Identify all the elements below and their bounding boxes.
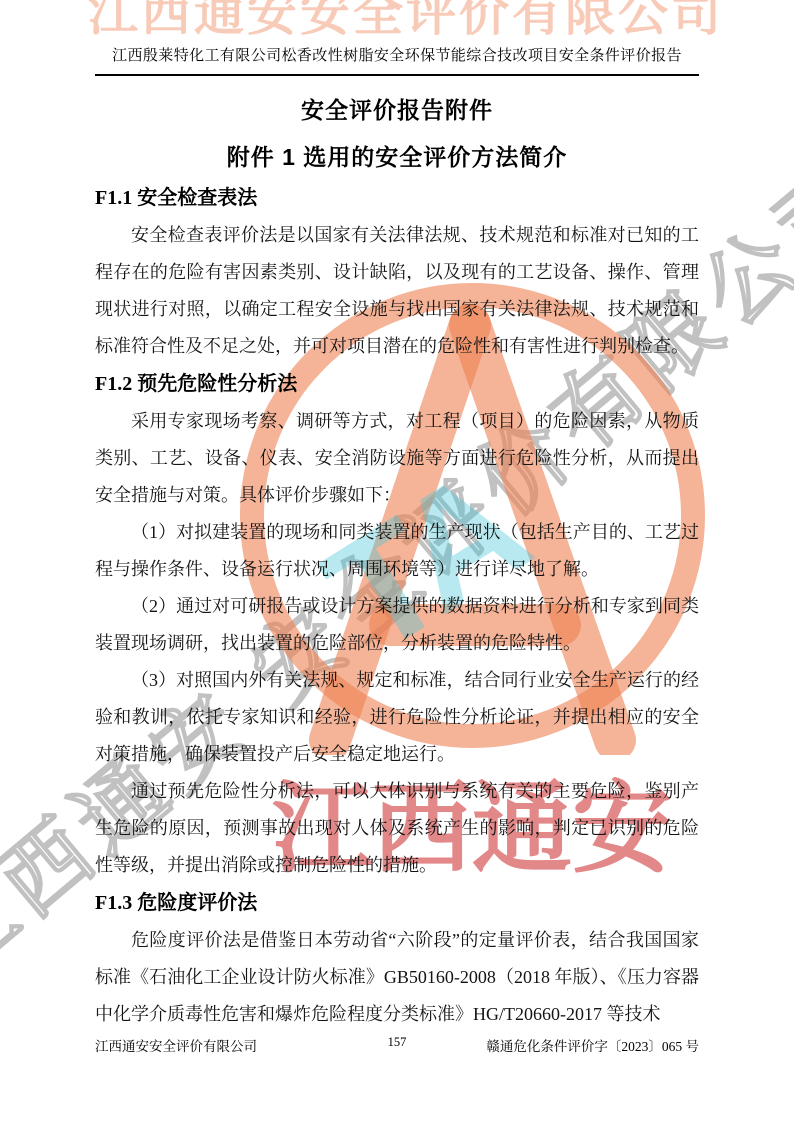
document-page: 江西通安安全评价有限公司 江西通安安全评价有限公司 TA 江西通安 江西殷莱特化… [0,0,794,1123]
paragraph: （2）通过对可研报告或设计方案提供的数据资料进行分析和专家到同类装置现场调研，找… [95,588,699,662]
document-subtitle: 附件 1 选用的安全评价方法简介 [95,139,699,172]
paragraph: 通过预先危险性分析法，可以大体识别与系统有关的主要危险，鉴别产生危险的原因，预测… [95,773,699,884]
paragraph: 危险度评价法是借鉴日本劳动省“六阶段”的定量评价表，结合我国国家标准《石油化工企… [95,922,699,1033]
watermark-top-strip: 江西通安安全评价有限公司 [88,0,724,45]
section-heading-f1-3: F1.3 危险度评价法 [95,884,699,922]
paragraph: （1）对拟建装置的现场和同类装置的生产现状（包括生产目的、工艺过程与操作条件、设… [95,514,699,588]
document-title: 安全评价报告附件 [95,92,699,125]
section-heading-f1-2: F1.2 预先危险性分析法 [95,365,699,403]
footer-document-number: 赣通危化条件评价字〔2023〕065 号 [486,1035,699,1055]
paragraph: 安全检查表评价法是以国家有关法律法规、技术规范和标准对已知的工程存在的危险有害因… [95,217,699,365]
page-header: 江西殷莱特化工有限公司松香改性树脂安全环保节能综合技改项目安全条件评价报告 [95,44,699,76]
paragraph: 采用专家现场考察、调研等方式，对工程（项目）的危险因素，从物质类别、工艺、设备、… [95,403,699,514]
paragraph: （3）对照国内外有关法规、规定和标准，结合同行业安全生产运行的经验和教训，依托专… [95,662,699,773]
document-body: F1.1 安全检查表法 安全检查表评价法是以国家有关法律法规、技术规范和标准对已… [95,179,699,1033]
section-heading-f1-1: F1.1 安全检查表法 [95,179,699,217]
